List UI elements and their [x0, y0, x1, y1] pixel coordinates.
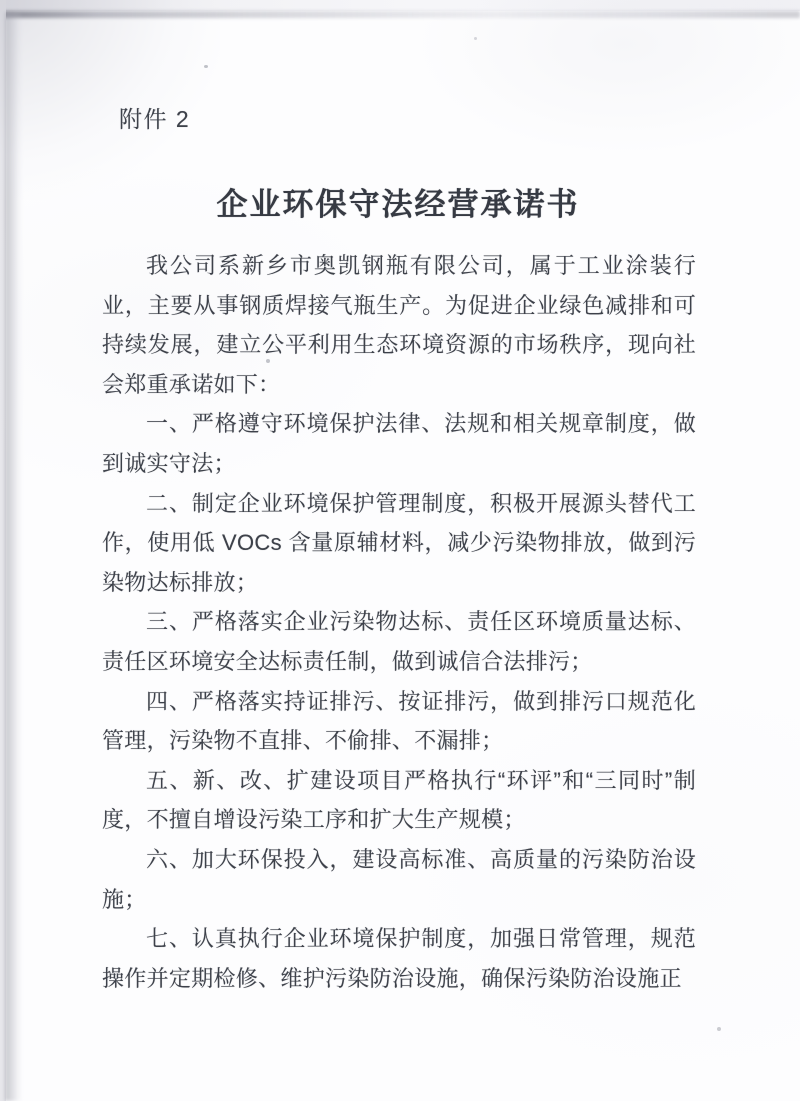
attachment-label: 附件 2 [119, 101, 190, 134]
scan-speck [717, 1027, 721, 1031]
scan-speck [204, 65, 208, 68]
scan-speck [474, 37, 477, 40]
scanned-document-page: 附件 2 企业环保守法经营承诺书 我公司系新乡市奥凯钢瓶有限公司，属于工业涂装行… [0, 0, 800, 1101]
document-body: 我公司系新乡市奥凯钢瓶有限公司，属于工业涂装行业，主要从事钢质焊接气瓶生产。为促… [102, 246, 696, 998]
paper-top-edge [0, 0, 800, 11]
paragraph: 一、严格遵守环境保护法律、法规和相关规章制度，做到诚实守法； [102, 404, 696, 483]
paragraph: 三、严格落实企业污染物达标、责任区环境质量达标、责任区环境安全达标责任制，做到诚… [102, 602, 696, 681]
paper-left-shadow [5, 12, 22, 1101]
paper-top-shadow [0, 11, 800, 18]
page-title: 企业环保守法经营承诺书 [100, 179, 696, 224]
paragraph: 二、制定企业环境保护管理制度，积极开展源头替代工作，使用低 VOCs 含量原辅材… [102, 484, 696, 603]
paragraph: 七、认真执行企业环境保护制度，加强日常管理，规范操作并定期检修、维护污染防治设施… [102, 919, 696, 998]
paragraph: 五、新、改、扩建设项目严格执行“环评”和“三同时”制度，不擅自增设污染工序和扩大… [102, 761, 696, 840]
paper-corner-vignette [0, 0, 220, 200]
paragraph: 四、严格落实持证排污、按证排污，做到排污口规范化管理，污染物不直排、不偷排、不漏… [102, 682, 696, 761]
paragraph: 我公司系新乡市奥凯钢瓶有限公司，属于工业涂装行业，主要从事钢质焊接气瓶生产。为促… [102, 246, 696, 404]
paragraph: 六、加大环保投入，建设高标准、高质量的污染防治设施； [102, 840, 696, 919]
